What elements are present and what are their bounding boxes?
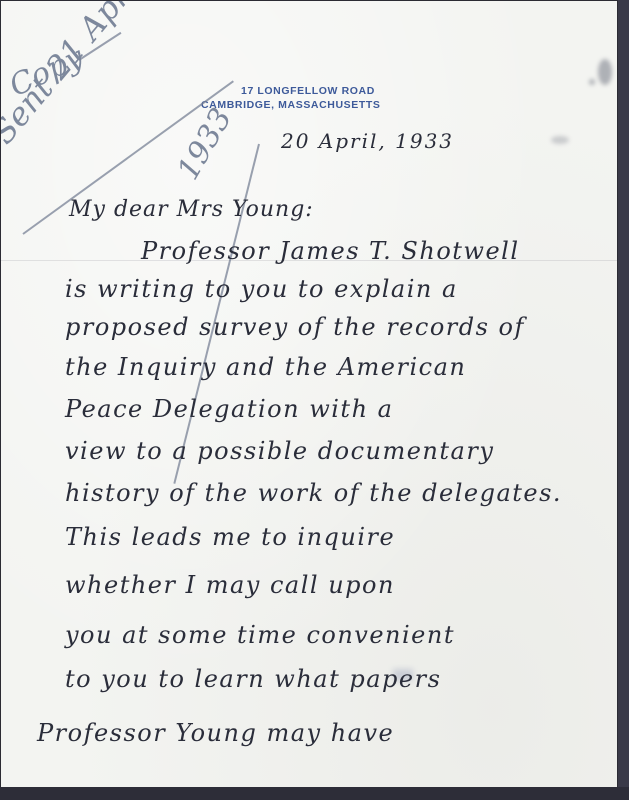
letterhead: 17 LONGFELLOW ROAD CAMBRIDGE, MASSACHUSE… xyxy=(201,84,441,112)
body-line: is writing to you to explain a xyxy=(65,275,458,303)
scan-border-bottom xyxy=(0,787,629,800)
ink-smudge xyxy=(589,79,595,85)
ink-smudge xyxy=(551,136,569,144)
scan-border-right xyxy=(618,0,629,800)
body-line: Professor Young may have xyxy=(37,719,394,747)
ink-smudge xyxy=(598,59,612,85)
body-line: Peace Delegation with a xyxy=(65,395,393,423)
letter-page: 17 LONGFELLOW ROAD CAMBRIDGE, MASSACHUSE… xyxy=(1,1,617,787)
body-line: you at some time convenient xyxy=(65,621,455,649)
letter-date: 20 April, 1933 xyxy=(281,129,454,153)
body-line: history of the work of the delegates. xyxy=(65,479,562,507)
body-line: view to a possible documentary xyxy=(65,437,494,465)
body-line: proposed survey of the records of xyxy=(65,313,525,341)
body-line: Professor James T. Shotwell xyxy=(141,237,520,265)
body-line: whether I may call upon xyxy=(65,571,395,599)
letterhead-city: CAMBRIDGE, MASSACHUSETTS xyxy=(201,98,441,112)
salutation: My dear Mrs Young: xyxy=(69,197,314,222)
annotation-year: 1933 xyxy=(171,102,239,186)
letterhead-street: 17 LONGFELLOW ROAD xyxy=(201,84,441,98)
body-line: to you to learn what papers xyxy=(65,665,441,693)
body-line: the Inquiry and the American xyxy=(65,353,466,381)
body-line: This leads me to inquire xyxy=(65,523,395,551)
